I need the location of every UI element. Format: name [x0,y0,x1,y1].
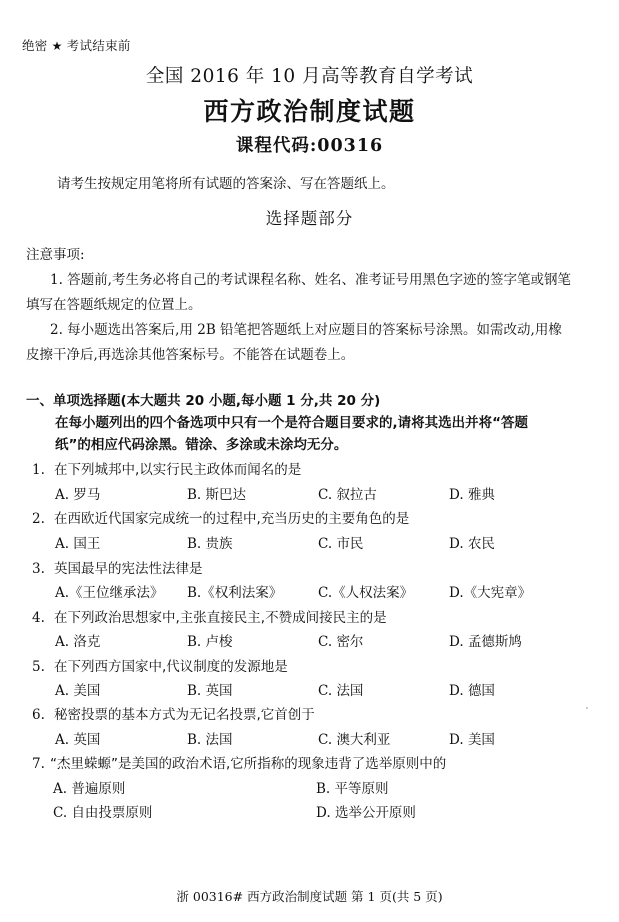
question-text: 在下列城邦中,以实行民主政体而闻名的是 [54,462,301,478]
question-text: 英国最早的宪法性法律是 [54,561,203,577]
q7-option-d[interactable]: D. 选举公开原则 [316,801,416,821]
q4-option-b[interactable]: B. 卢梭 [187,630,233,650]
q6-option-b[interactable]: B. 法国 [187,728,233,748]
question-number: 5. [32,659,54,675]
q3-option-b[interactable]: B.《权利法案》 [187,581,282,601]
q4-option-d[interactable]: D. 孟德斯鸠 [449,630,522,650]
q6-option-c[interactable]: C. 澳大利亚 [318,728,390,748]
question-1-stem: 1.在下列城邦中,以实行民主政体而闻名的是 [32,458,301,478]
q6-option-d[interactable]: D. 美国 [449,728,495,748]
question-number: 4. [32,610,54,626]
notes-heading: 注意事项: [26,243,85,263]
question-7-stem: 7.“杰里蝾螈”是美国的政治术语,它所指称的现象违背了选举原则中的 [32,752,446,772]
q5-option-d[interactable]: D. 德国 [449,679,495,699]
part-one-desc-line-1: 在每小题列出的四个备选项中只有一个是符合题目要求的,请将其选出并将“答题 [55,411,528,431]
confidential-label: 绝密★考试结束前 [22,36,131,54]
question-number: 6. [32,707,54,723]
q7-option-a[interactable]: A. 普遍原则 [53,777,125,797]
q7-option-c[interactable]: C. 自由投票原则 [53,801,152,821]
star-icon: ★ [52,39,63,53]
general-instruction: 请考生按规定用笔将所有试题的答案涂、写在答题纸上。 [57,172,395,192]
scan-speck [586,707,588,709]
question-text: “杰里蝾螈”是美国的政治术语,它所指称的现象违背了选举原则中的 [50,756,446,772]
q5-option-c[interactable]: C. 法国 [318,679,363,699]
q4-option-a[interactable]: A. 洛克 [55,630,100,650]
q3-option-d[interactable]: D.《大宪章》 [449,581,531,601]
question-number: 1. [32,462,54,478]
confidential-suffix: 考试结束前 [67,38,131,53]
question-6-stem: 6.秘密投票的基本方式为无记名投票,它首创于 [32,703,315,723]
page-footer: 浙 00316# 西方政治制度试题 第 1 页(共 5 页) [0,887,619,905]
question-2-stem: 2.在西欧近代国家完成统一的过程中,充当历史的主要角色的是 [32,507,409,527]
q2-option-b[interactable]: B. 贵族 [187,532,233,552]
q5-option-a[interactable]: A. 美国 [55,679,100,699]
q1-option-b[interactable]: B. 斯巴达 [187,483,246,503]
exam-title: 西方政治制度试题 [0,92,619,128]
question-5-stem: 5.在下列西方国家中,代议制度的发源地是 [32,655,288,675]
part-one-heading: 一、单项选择题(本大题共 20 小题,每小题 1 分,共 20 分) [26,389,380,409]
note-1-line-2: 填写在答题纸规定的位置上。 [26,293,202,313]
q2-option-a[interactable]: A. 国王 [55,532,100,552]
q1-option-a[interactable]: A. 罗马 [55,483,100,503]
q3-option-a[interactable]: A.《王位继承法》 [55,581,164,601]
q2-option-c[interactable]: C. 市民 [318,532,363,552]
question-text: 秘密投票的基本方式为无记名投票,它首创于 [54,707,315,723]
part-one-desc-line-2: 纸”的相应代码涂黑。错涂、多涂或未涂均无分。 [55,433,347,453]
q7-option-b[interactable]: B. 平等原则 [316,777,389,797]
q1-option-c[interactable]: C. 叙拉古 [318,483,377,503]
q1-option-d[interactable]: D. 雅典 [449,483,495,503]
question-number: 2. [32,511,54,527]
section-title: 选择题部分 [0,205,619,229]
question-number: 3. [32,561,54,577]
question-number: 7. [32,756,50,772]
question-text: 在下列政治思想家中,主张直接民主,不赞成间接民主的是 [54,610,387,626]
question-text: 在下列西方国家中,代议制度的发源地是 [54,659,288,675]
question-3-stem: 3.英国最早的宪法性法律是 [32,557,203,577]
question-4-stem: 4.在下列政治思想家中,主张直接民主,不赞成间接民主的是 [32,606,387,626]
q4-option-c[interactable]: C. 密尔 [318,630,363,650]
note-2-line-2: 皮擦干净后,再选涂其他答案标号。不能答在试题卷上。 [26,343,354,363]
confidential-prefix: 绝密 [22,38,48,53]
course-code: 课程代码:00316 [0,132,619,157]
q3-option-c[interactable]: C.《人权法案》 [318,581,413,601]
q2-option-d[interactable]: D. 农民 [449,532,495,552]
q5-option-b[interactable]: B. 英国 [187,679,233,699]
exam-page: 绝密★考试结束前 全国 2016 年 10 月高等教育自学考试 西方政治制度试题… [0,0,619,922]
note-2-line-1: 2. 每小题选出答案后,用 2B 铅笔把答题纸上对应题目的答案标号涂黑。如需改动… [50,318,562,338]
exam-session-heading: 全国 2016 年 10 月高等教育自学考试 [0,62,619,88]
question-text: 在西欧近代国家完成统一的过程中,充当历史的主要角色的是 [54,511,409,527]
note-1-line-1: 1. 答题前,考生务必将自己的考试课程名称、姓名、准考证号用黑色字迹的签字笔或钢… [50,268,571,288]
q6-option-a[interactable]: A. 英国 [55,728,100,748]
